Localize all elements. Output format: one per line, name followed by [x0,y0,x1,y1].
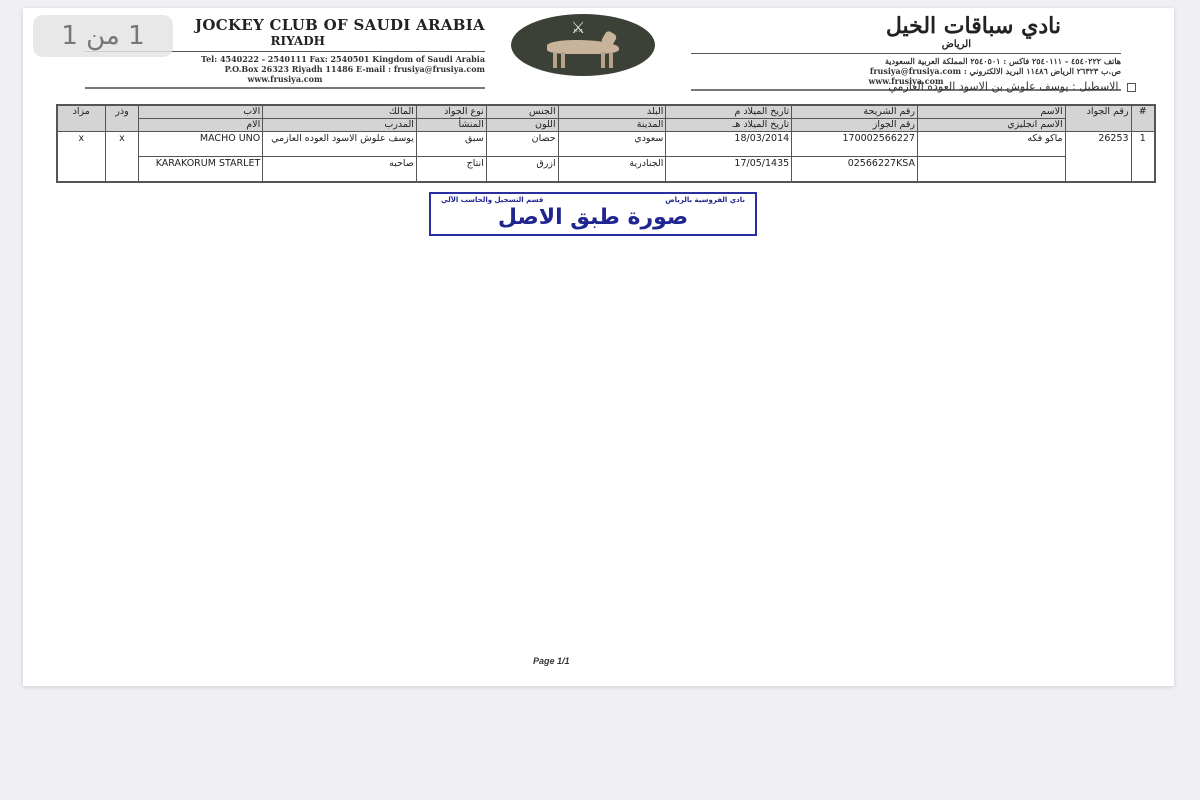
document-page: JOCKEY CLUB OF SAUDI ARABIA RIYADH Tel: … [23,8,1174,686]
website-en: www.frusiya.com [85,74,485,84]
col-country: البلد [558,105,666,119]
club-city-ar: الرياض [691,39,1121,50]
cell-dob-h: 17/05/1435 [666,157,792,183]
cell-sex: حصان [486,132,558,157]
horse-leg [561,52,565,68]
cell-name-en [918,157,1066,183]
col-city: المدينة [558,119,666,132]
cell-dam: KARAKORUM STARLET [139,157,263,183]
col-index: # [1131,105,1155,132]
table-row-sub: 02566227KSA 17/05/1435 الجنادرية ازرق ان… [57,157,1155,183]
stable-value: يوسف علوش بن الاسود العوده العازمي [888,80,1068,93]
page-footer: Page 1/1 [533,656,570,666]
col-chip-no: رقم الشريحة [792,105,918,119]
col-dob-h: تاريخ الميلاد هـ [666,119,792,132]
cell-country: سعودي [558,132,666,157]
col-owner: المالك [263,105,417,119]
table-row: 1 26253 ماكو فكه 170002566227 18/03/2014… [57,132,1155,157]
stable-label: الاسطبل [1079,80,1118,93]
col-sex: الجنس [486,105,558,119]
col-sire: الاب [139,105,263,119]
col-trainer: المدرب [263,119,417,132]
col-auction: مزاد [57,105,105,132]
cell-passport-no: 02566227KSA [792,157,918,183]
cell-wadhr: x [105,132,139,183]
cell-horse-no: 26253 [1065,132,1131,183]
col-dam: الام [139,119,263,132]
cell-trainer: صاحبه [263,157,417,183]
col-horse-no: رقم الجواد [1065,105,1131,132]
cell-color: ازرق [486,157,558,183]
page-indicator-badge: 1 من 1 [33,15,173,57]
cell-auction: x [57,132,105,183]
palm-swords-emblem-icon: ⚔ [571,18,585,37]
cell-chip-no: 170002566227 [792,132,918,157]
cell-dob-g: 18/03/2014 [666,132,792,157]
stamp-org: نادي الفروسية بالرياض [665,196,745,204]
table-header-row-2: الاسم انجليزي رقم الجواز تاريخ الميلاد ه… [57,119,1155,132]
cell-type: سبق [416,132,486,157]
horse-emblem-logo: ⚔ [511,14,655,76]
col-dob-g: تاريخ الميلاد م [666,105,792,119]
col-color: اللون [486,119,558,132]
stamp-dept: قسم التسجيل والحاسب الآلي [441,196,543,204]
horse-leg [601,52,605,68]
col-origin: المنشأ [416,119,486,132]
col-wadhr: وذر [105,105,139,132]
header-bottom-rule [85,87,485,89]
contact-line-1-ar: هاتف ٤٥٤٠٢٢٢ - ٢٥٤٠١١١ فاكس : ٢٥٤٠٥٠١ ال… [691,56,1121,66]
stable-line: الاسطبل : يوسف علوش بن الاسود العوده الع… [888,80,1136,93]
horse-leg [609,52,613,68]
club-title-ar: نادي سباقات الخيل [691,13,1121,39]
col-name: الاسم [918,105,1066,119]
header-rule [691,53,1121,54]
stable-separator: : [1069,80,1076,93]
col-passport-no: رقم الجواز [792,119,918,132]
horse-registry-table: # رقم الجواد الاسم رقم الشريحة تاريخ الم… [56,104,1156,183]
cell-name-ar: ماكو فكه [918,132,1066,157]
col-type: نوع الجواد [416,105,486,119]
horse-leg [553,52,557,68]
checkbox-square-icon [1127,83,1136,92]
table-header-row-1: # رقم الجواد الاسم رقم الشريحة تاريخ الم… [57,105,1155,119]
contact-line-2-en: P.O.Box 26323 Riyadh 11486 E-mail : frus… [85,64,485,74]
col-name-en: الاسم انجليزي [918,119,1066,132]
certified-copy-stamp: نادي الفروسية بالرياض قسم التسجيل والحاس… [429,192,757,236]
cell-origin: انتاج [416,157,486,183]
stamp-text: صورة طبق الاصل [431,205,755,231]
cell-owner: يوسف علوش الاسود العوده العازمي [263,132,417,157]
cell-city: الجنادرية [558,157,666,183]
contact-line-2-ar: ص.ب ٢٦٣٢٣ الرياض ١١٤٨٦ البريد الالكتروني… [691,66,1121,76]
cell-sire: MACHO UNO [139,132,263,157]
cell-index: 1 [1131,132,1155,183]
